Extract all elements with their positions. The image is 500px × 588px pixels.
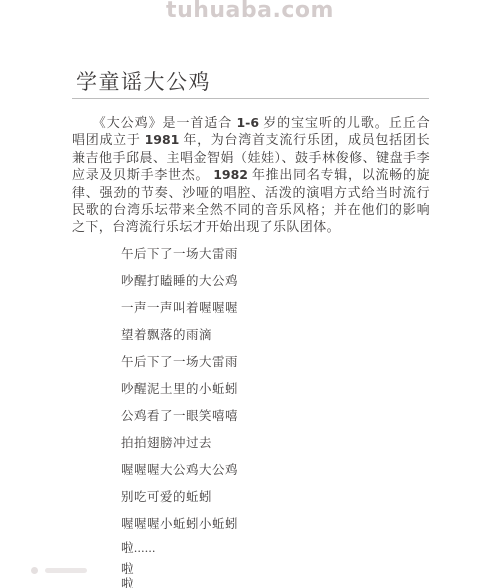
title-divider <box>72 98 429 99</box>
faint-watermark-remnant-dot <box>31 567 38 574</box>
lyric-line: 别吃可爱的蚯蚓 <box>121 491 238 504</box>
lyric-line: 公鸡看了一眼笑嘻嘻 <box>121 410 238 423</box>
lyric-line: 喔喔喔大公鸡大公鸡 <box>121 464 238 477</box>
lyric-line: 午后下了一场大雷雨 <box>121 248 238 261</box>
page-title: 学童谣大公鸡 <box>76 69 211 95</box>
lyric-line-la: 啦...... <box>121 541 156 556</box>
intro-paragraph: 《大公鸡》是一首适合 1-6 岁的宝宝听的儿歌。丘丘合唱团成立于 1981 年，… <box>72 114 430 236</box>
site-watermark: tuhuaba.com <box>0 1 500 21</box>
intro-text-segment: 《大公鸡》是一首适合 <box>93 115 237 130</box>
lyrics-block: 午后下了一场大雷雨吵醒打瞌睡的大公鸡一声一声叫着喔喔喔望着飘落的雨滴午后下了一场… <box>121 248 238 545</box>
intro-text-segment: 1981 <box>145 132 180 147</box>
intro-text-segment: 1-6 <box>236 115 259 130</box>
lyric-line: 喔喔喔小蚯蚓小蚯蚓 <box>121 518 238 531</box>
lyric-line: 一声一声叫着喔喔喔 <box>121 302 238 315</box>
lyric-line-la: 啦 <box>121 577 156 588</box>
lyric-line: 吵醒打瞌睡的大公鸡 <box>121 275 238 288</box>
document-page: tuhuaba.com 学童谣大公鸡 《大公鸡》是一首适合 1-6 岁的宝宝听的… <box>0 0 500 588</box>
lyrics-la-block: 啦......啦啦 <box>121 541 156 588</box>
lyric-line: 吵醒泥土里的小蚯蚓 <box>121 383 238 396</box>
lyric-line: 午后下了一场大雷雨 <box>121 356 238 369</box>
lyric-line: 拍拍翅膀冲过去 <box>121 437 238 450</box>
faint-watermark-remnant-bar <box>45 568 87 573</box>
lyric-line-la: 啦 <box>121 562 156 577</box>
intro-text-segment: 1982 <box>213 167 248 182</box>
lyric-line: 望着飘落的雨滴 <box>121 329 238 342</box>
